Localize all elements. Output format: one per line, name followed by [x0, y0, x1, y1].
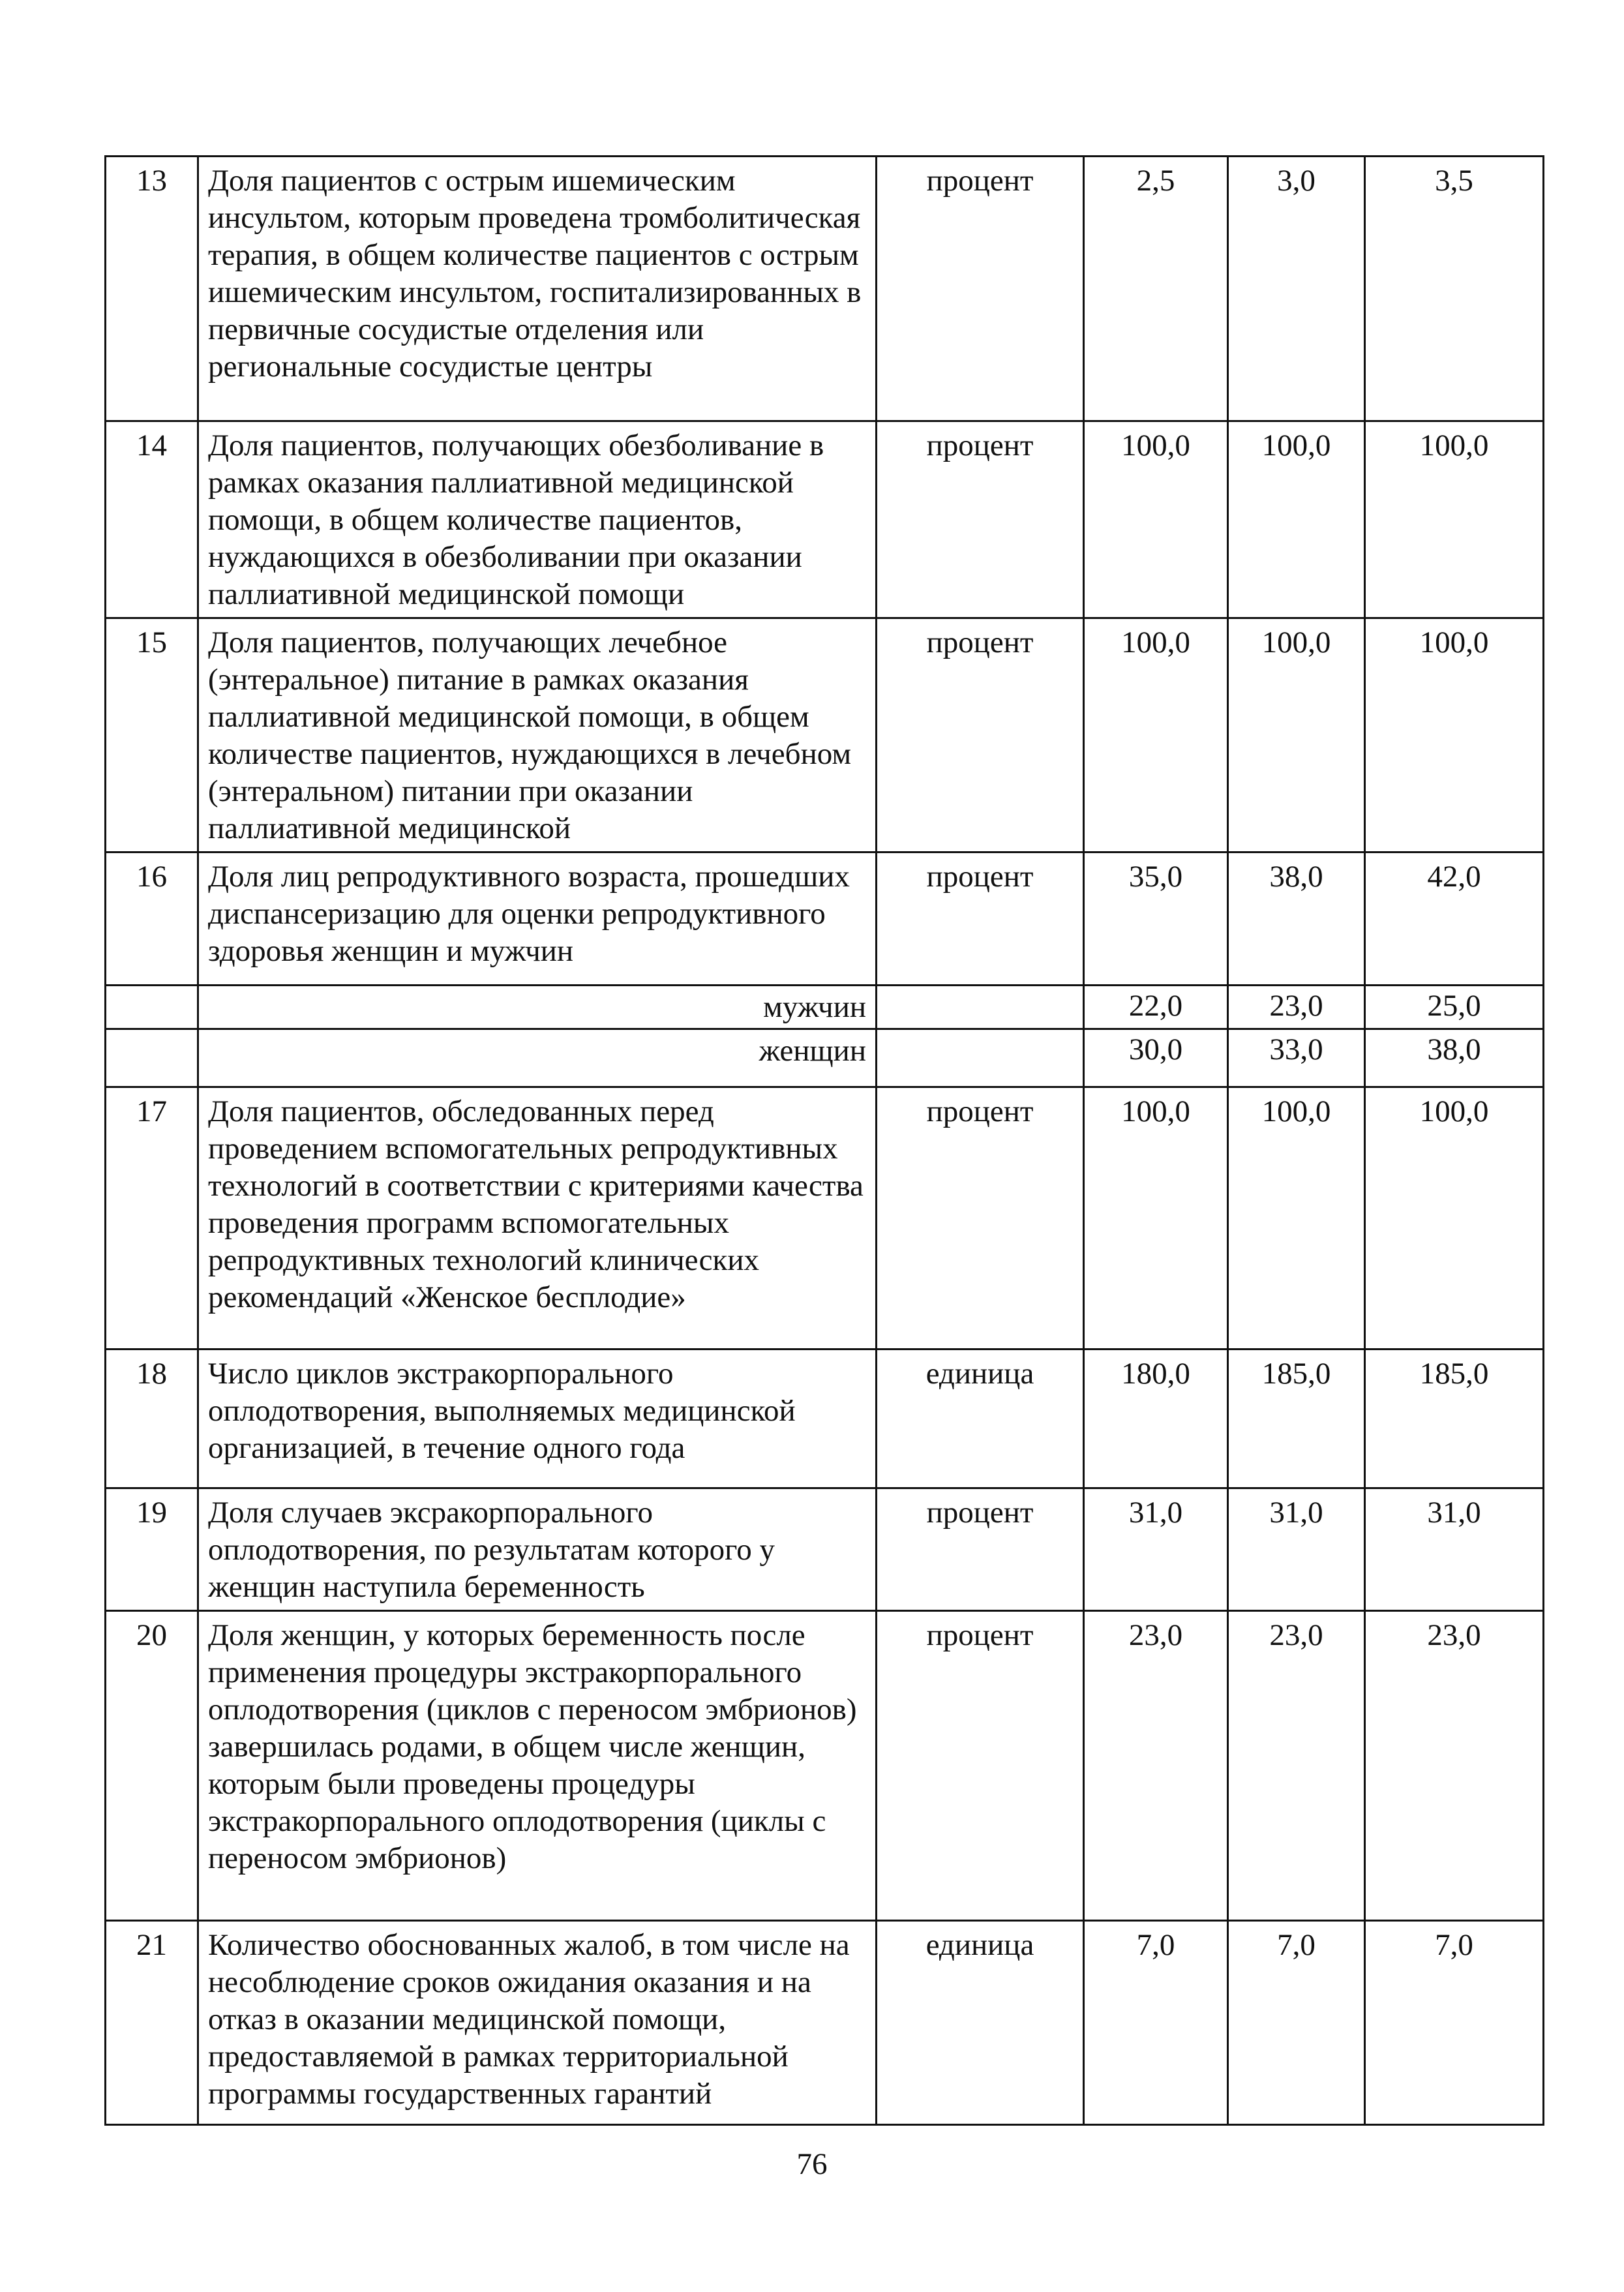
value-cell-1: 100,0	[1084, 421, 1228, 618]
table-row: 13Доля пациентов с острым ишемическим ин…	[106, 157, 1544, 421]
indicators-table-body: 13Доля пациентов с острым ишемическим ин…	[106, 157, 1544, 2125]
value-cell-1: 180,0	[1084, 1350, 1228, 1488]
value-cell-1: 30,0	[1084, 1029, 1228, 1087]
value-cell-3: 25,0	[1365, 986, 1544, 1029]
row-number-cell: 13	[106, 157, 198, 421]
value-cell-2: 33,0	[1228, 1029, 1365, 1087]
value-cell-3: 3,5	[1365, 157, 1544, 421]
unit-cell: процент	[877, 1611, 1084, 1921]
indicator-name-cell: Число циклов экстракорпорального оплодот…	[198, 1350, 877, 1488]
row-number-cell: 14	[106, 421, 198, 618]
indicator-name-cell: Количество обоснованных жалоб, в том чис…	[198, 1921, 877, 2125]
table-row: 18Число циклов экстракорпорального оплод…	[106, 1350, 1544, 1488]
table-row: 14Доля пациентов, получающих обезболиван…	[106, 421, 1544, 618]
value-cell-3: 31,0	[1365, 1488, 1544, 1611]
row-number-cell: 17	[106, 1087, 198, 1350]
value-cell-2: 100,0	[1228, 421, 1365, 618]
value-cell-2: 100,0	[1228, 618, 1365, 852]
value-cell-2: 31,0	[1228, 1488, 1365, 1611]
unit-cell: процент	[877, 421, 1084, 618]
value-cell-3: 38,0	[1365, 1029, 1544, 1087]
table-row: 15Доля пациентов, получающих лечебное (э…	[106, 618, 1544, 852]
value-cell-1: 31,0	[1084, 1488, 1228, 1611]
indicator-name-cell: Доля случаев эксракорпорального оплодотв…	[198, 1488, 877, 1611]
unit-cell: процент	[877, 1488, 1084, 1611]
indicator-name-cell: Доля пациентов, получающих обезболивание…	[198, 421, 877, 618]
value-cell-2: 23,0	[1228, 986, 1365, 1029]
unit-cell: процент	[877, 852, 1084, 986]
table-row: 20Доля женщин, у которых беременность по…	[106, 1611, 1544, 1921]
table-subrow: женщин30,033,038,0	[106, 1029, 1544, 1087]
value-cell-1: 7,0	[1084, 1921, 1228, 2125]
row-number-cell: 21	[106, 1921, 198, 2125]
indicator-name-cell: Доля лиц репродуктивного возраста, проше…	[198, 852, 877, 986]
unit-cell: процент	[877, 618, 1084, 852]
table-row: 17Доля пациентов, обследованных перед пр…	[106, 1087, 1544, 1350]
row-number-cell: 16	[106, 852, 198, 986]
value-cell-1: 22,0	[1084, 986, 1228, 1029]
table-subrow: мужчин22,023,025,0	[106, 986, 1544, 1029]
value-cell-3: 100,0	[1365, 1087, 1544, 1350]
value-cell-2: 3,0	[1228, 157, 1365, 421]
indicator-name-cell: Доля женщин, у которых беременность посл…	[198, 1611, 877, 1921]
subgroup-label-cell: женщин	[198, 1029, 877, 1087]
unit-cell: процент	[877, 157, 1084, 421]
indicator-name-cell: Доля пациентов с острым ишемическим инсу…	[198, 157, 877, 421]
unit-cell: единица	[877, 1921, 1084, 2125]
value-cell-2: 7,0	[1228, 1921, 1365, 2125]
indicator-name-cell: Доля пациентов, получающих лечебное (энт…	[198, 618, 877, 852]
unit-cell	[877, 986, 1084, 1029]
value-cell-2: 23,0	[1228, 1611, 1365, 1921]
unit-cell: единица	[877, 1350, 1084, 1488]
value-cell-1: 23,0	[1084, 1611, 1228, 1921]
unit-cell	[877, 1029, 1084, 1087]
value-cell-3: 185,0	[1365, 1350, 1544, 1488]
value-cell-1: 100,0	[1084, 618, 1228, 852]
page-number: 76	[0, 2146, 1624, 2183]
value-cell-3: 100,0	[1365, 421, 1544, 618]
value-cell-2: 100,0	[1228, 1087, 1365, 1350]
indicator-name-cell: Доля пациентов, обследованных перед пров…	[198, 1087, 877, 1350]
value-cell-3: 23,0	[1365, 1611, 1544, 1921]
row-number-cell: 19	[106, 1488, 198, 1611]
table-row: 16Доля лиц репродуктивного возраста, про…	[106, 852, 1544, 986]
value-cell-1: 100,0	[1084, 1087, 1228, 1350]
value-cell-3: 7,0	[1365, 1921, 1544, 2125]
value-cell-3: 42,0	[1365, 852, 1544, 986]
value-cell-3: 100,0	[1365, 618, 1544, 852]
value-cell-1: 35,0	[1084, 852, 1228, 986]
row-number-cell: 15	[106, 618, 198, 852]
unit-cell: процент	[877, 1087, 1084, 1350]
row-number-cell	[106, 986, 198, 1029]
value-cell-2: 38,0	[1228, 852, 1365, 986]
row-number-cell: 18	[106, 1350, 198, 1488]
indicators-table: 13Доля пациентов с острым ишемическим ин…	[104, 155, 1544, 2126]
row-number-cell: 20	[106, 1611, 198, 1921]
table-row: 19Доля случаев эксракорпорального оплодо…	[106, 1488, 1544, 1611]
value-cell-2: 185,0	[1228, 1350, 1365, 1488]
value-cell-1: 2,5	[1084, 157, 1228, 421]
document-page: 13Доля пациентов с острым ишемическим ин…	[0, 0, 1624, 2292]
row-number-cell	[106, 1029, 198, 1087]
table-row: 21Количество обоснованных жалоб, в том ч…	[106, 1921, 1544, 2125]
subgroup-label-cell: мужчин	[198, 986, 877, 1029]
